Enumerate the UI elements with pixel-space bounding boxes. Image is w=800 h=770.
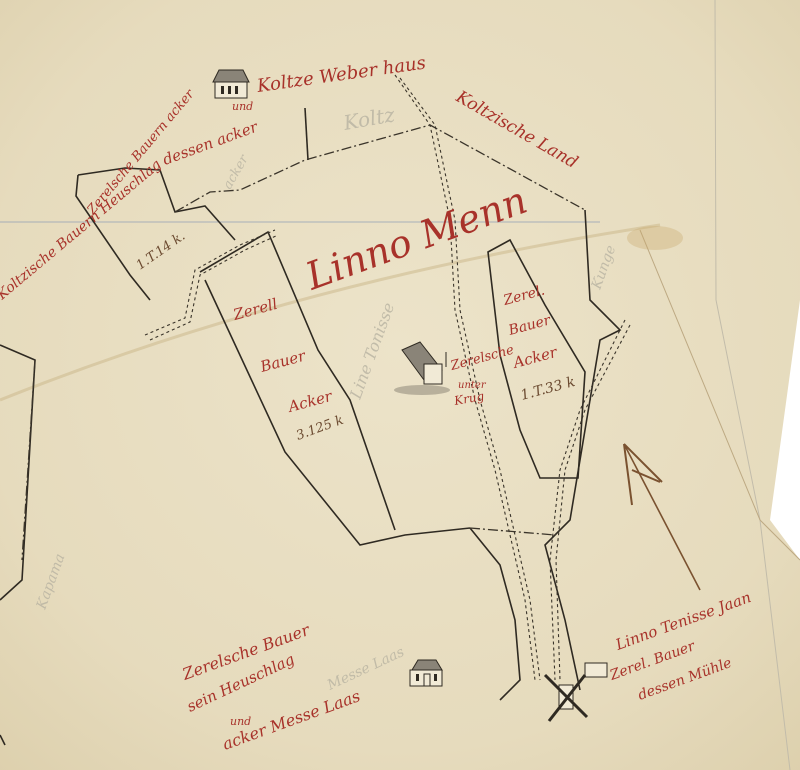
historical-map: Koltz Line Tonisse Kapama Messe Laas Kun…	[0, 0, 800, 770]
label-und-top: und	[232, 100, 253, 113]
house-icon	[213, 70, 249, 98]
stain	[627, 226, 683, 250]
